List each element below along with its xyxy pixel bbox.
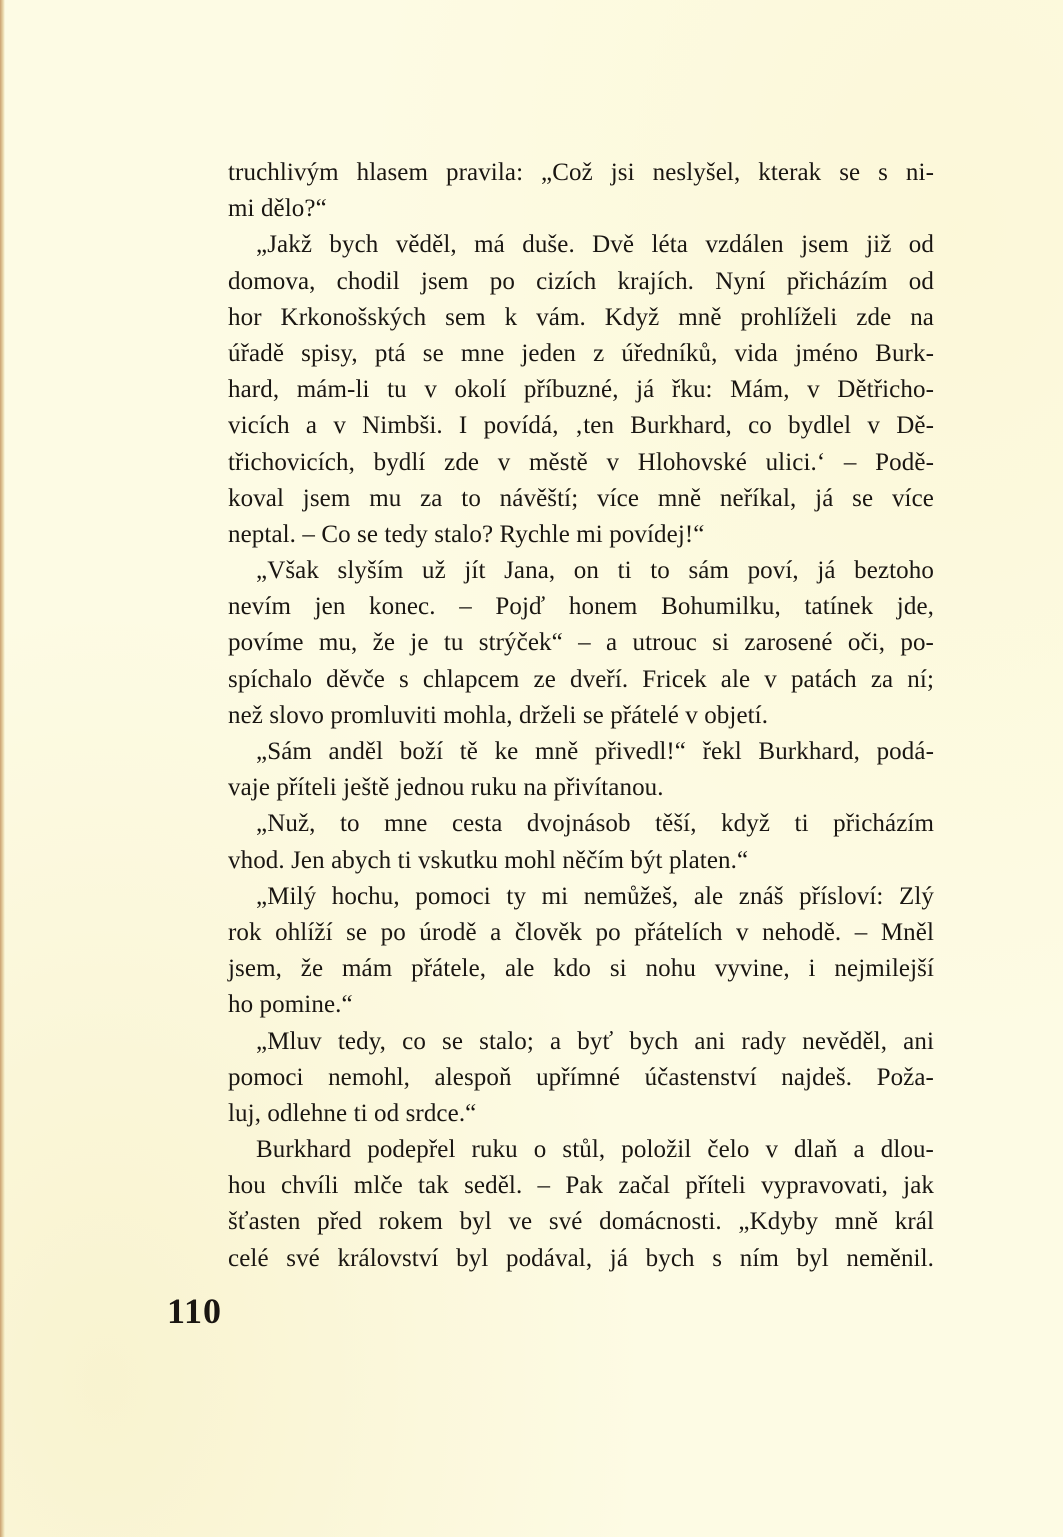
text-line: Burkhard podepřel ruku o stůl, položil č… bbox=[228, 1132, 934, 1168]
paragraph: „Milý hochu, pomoci ty mi nemůžeš, ale z… bbox=[228, 879, 934, 1024]
paragraph: Burkhard podepřel ruku o stůl, položil č… bbox=[228, 1132, 934, 1277]
text-line: šťasten před rokem byl ve své domácnosti… bbox=[228, 1204, 934, 1240]
text-line: „Mluv tedy, co se stalo; a byť bych ani … bbox=[228, 1024, 934, 1060]
text-line: luj, odlehne ti od srdce.“ bbox=[228, 1096, 934, 1132]
text-line: mi dělo?“ bbox=[228, 191, 934, 227]
text-line: ho pomine.“ bbox=[228, 987, 934, 1023]
text-line: hard, mám-li tu v okolí příbuzné, já řku… bbox=[228, 372, 934, 408]
text-line: celé své království byl podával, já bych… bbox=[228, 1241, 934, 1277]
book-page: truchlivým hlasem pravila: „Což jsi nesl… bbox=[0, 0, 1063, 1537]
page-number: 110 bbox=[167, 1290, 222, 1332]
text-line: „Jakž bych věděl, má duše. Dvě léta vzdá… bbox=[228, 227, 934, 263]
text-line: hor Krkonošských sem k vám. Když mně pro… bbox=[228, 300, 934, 336]
text-line: povíme mu, že je tu strýček“ – a utrouc … bbox=[228, 625, 934, 661]
text-line: třichovicích, bydlí zde v městě v Hlohov… bbox=[228, 445, 934, 481]
text-line: neptal. – Co se tedy stalo? Rychle mi po… bbox=[228, 517, 934, 553]
text-line: pomoci nemohl, alespoň upřímné účastenst… bbox=[228, 1060, 934, 1096]
text-line: „Nuž, to mne cesta dvojnásob těší, když … bbox=[228, 806, 934, 842]
paragraph: „Mluv tedy, co se stalo; a byť bych ani … bbox=[228, 1024, 934, 1133]
text-line: než slovo promluviti mohla, drželi se př… bbox=[228, 698, 934, 734]
page-binding-edge bbox=[0, 0, 5, 1537]
text-line: vaje příteli ještě jednou ruku na přivít… bbox=[228, 770, 934, 806]
text-line: „Sám anděl boží tě ke mně přivedl!“ řekl… bbox=[228, 734, 934, 770]
paragraph: „Sám anděl boží tě ke mně přivedl!“ řekl… bbox=[228, 734, 934, 806]
text-line: koval jsem mu za to návěští; více mně ne… bbox=[228, 481, 934, 517]
text-line: rok ohlíží se po úrodě a člověk po přáte… bbox=[228, 915, 934, 951]
text-line: truchlivým hlasem pravila: „Což jsi nesl… bbox=[228, 155, 934, 191]
text-line: jsem, že mám přátele, ale kdo si nohu vy… bbox=[228, 951, 934, 987]
paragraph: „Však slyším už jít Jana, on ti to sám p… bbox=[228, 553, 934, 734]
text-line: „Však slyším už jít Jana, on ti to sám p… bbox=[228, 553, 934, 589]
text-line: „Milý hochu, pomoci ty mi nemůžeš, ale z… bbox=[228, 879, 934, 915]
text-line: domova, chodil jsem po cizích krajích. N… bbox=[228, 264, 934, 300]
body-text: truchlivým hlasem pravila: „Což jsi nesl… bbox=[228, 155, 934, 1277]
text-line: hou chvíli mlče tak seděl. – Pak začal p… bbox=[228, 1168, 934, 1204]
text-line: spíchalo děvče s chlapcem ze dveří. Fric… bbox=[228, 662, 934, 698]
paragraph: truchlivým hlasem pravila: „Což jsi nesl… bbox=[228, 155, 934, 227]
text-line: nevím jen konec. – Pojď honem Bohumilku,… bbox=[228, 589, 934, 625]
paragraph: „Nuž, to mne cesta dvojnásob těší, když … bbox=[228, 806, 934, 878]
text-line: vhod. Jen abych ti vskutku mohl něčím bý… bbox=[228, 843, 934, 879]
text-line: úřadě spisy, ptá se mne jeden z úředníků… bbox=[228, 336, 934, 372]
paragraph: „Jakž bych věděl, má duše. Dvě léta vzdá… bbox=[228, 227, 934, 553]
text-line: vicích a v Nimbši. I povídá, ‚ten Burkha… bbox=[228, 408, 934, 444]
